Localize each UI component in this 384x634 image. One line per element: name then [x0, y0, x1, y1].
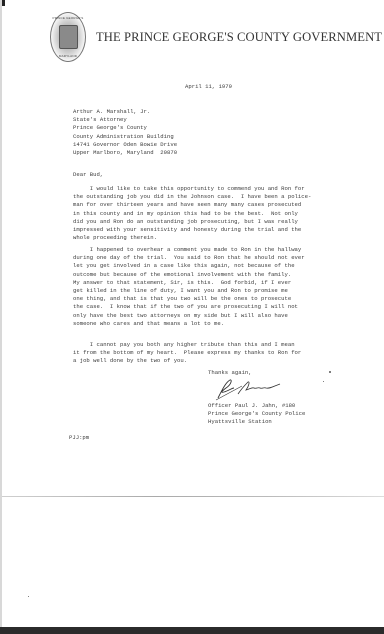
paragraph-line: the case. I know that if the two of you …	[73, 303, 305, 311]
paragraph-line: someone who cares and that means a lot t…	[73, 320, 305, 328]
signer-station: Hyattsville Station	[208, 418, 305, 426]
address-line: Prince George's County	[73, 124, 177, 132]
seal-bottom-text: MARYLAND	[51, 54, 85, 58]
paragraph-line: man for over thirteen years and have see…	[73, 201, 311, 209]
signer-name: Officer Paul J. Jahn, #180	[208, 402, 305, 410]
letterhead: PRINCE GEORGE'S MARYLAND THE PRINCE GEOR…	[50, 12, 382, 62]
letter-date: April 11, 1979	[185, 83, 232, 91]
handwritten-signature-icon	[212, 376, 292, 402]
paragraph-line: whole proceeding therein.	[73, 234, 311, 242]
paragraph-line: a job well done by the two of you.	[73, 357, 301, 365]
letter-page: PRINCE GEORGE'S MARYLAND THE PRINCE GEOR…	[0, 0, 384, 627]
paragraph-line: impressed with your sensitivity and hone…	[73, 226, 311, 234]
address-line: 14741 Governor Oden Bowie Drive	[73, 141, 177, 149]
paragraph-line: the outstanding job you did in the Johns…	[73, 193, 311, 201]
paragraph-line: I would like to take this opportunity to…	[73, 185, 311, 193]
paragraph-line: during one day of the trial. You said to…	[73, 254, 305, 262]
paper-fold-line	[2, 496, 384, 497]
paragraph-line: in this county and in my opinion this ha…	[73, 210, 311, 218]
scan-speck	[329, 371, 331, 373]
scan-speck	[323, 381, 324, 382]
body-paragraph-1: I would like to take this opportunity to…	[73, 185, 311, 242]
body-paragraph-2: I happened to overhear a comment you mad…	[73, 246, 305, 328]
paragraph-line: did you and Ron do an outstanding job pr…	[73, 218, 311, 226]
paragraph-line: I cannot pay you both any higher tribute…	[73, 341, 301, 349]
paragraph-line: outcome but because of the emotional inv…	[73, 271, 305, 279]
salutation: Dear Bud,	[73, 171, 103, 179]
paragraph-line: My answer to that statement, Sir, is thi…	[73, 279, 305, 287]
paragraph-line: one thing, and that is that you two will…	[73, 295, 305, 303]
county-seal-icon: PRINCE GEORGE'S MARYLAND	[50, 12, 86, 62]
paragraph-line: let you get involved in a case like this…	[73, 262, 305, 270]
paragraph-line: only have the best two attorneys on my s…	[73, 312, 305, 320]
address-line: Upper Marlboro, Maryland 20870	[73, 149, 177, 157]
paragraph-line: I happened to overhear a comment you mad…	[73, 246, 305, 254]
seal-top-text: PRINCE GEORGE'S	[51, 16, 85, 20]
signer-department: Prince George's County Police	[208, 410, 305, 418]
reference-initials: PJJ:pm	[69, 434, 89, 442]
organization-name: THE PRINCE GEORGE'S COUNTY GOVERNMENT	[96, 30, 382, 45]
scan-bottom-edge	[0, 627, 384, 634]
body-paragraph-3: I cannot pay you both any higher tribute…	[73, 341, 301, 366]
paragraph-line: it from the bottom of my heart. Please e…	[73, 349, 301, 357]
seal-shield	[59, 25, 78, 49]
address-line: Arthur A. Marshall, Jr.	[73, 108, 177, 116]
recipient-address: Arthur A. Marshall, Jr.State's AttorneyP…	[73, 108, 177, 157]
address-line: State's Attorney	[73, 116, 177, 124]
scan-corner-mark	[2, 0, 5, 6]
address-line: County Administration Building	[73, 133, 177, 141]
paragraph-line: get killed in the line of duty, I want y…	[73, 287, 305, 295]
scan-speck	[28, 596, 29, 597]
signer-block: Officer Paul J. Jahn, #180Prince George'…	[208, 402, 305, 427]
